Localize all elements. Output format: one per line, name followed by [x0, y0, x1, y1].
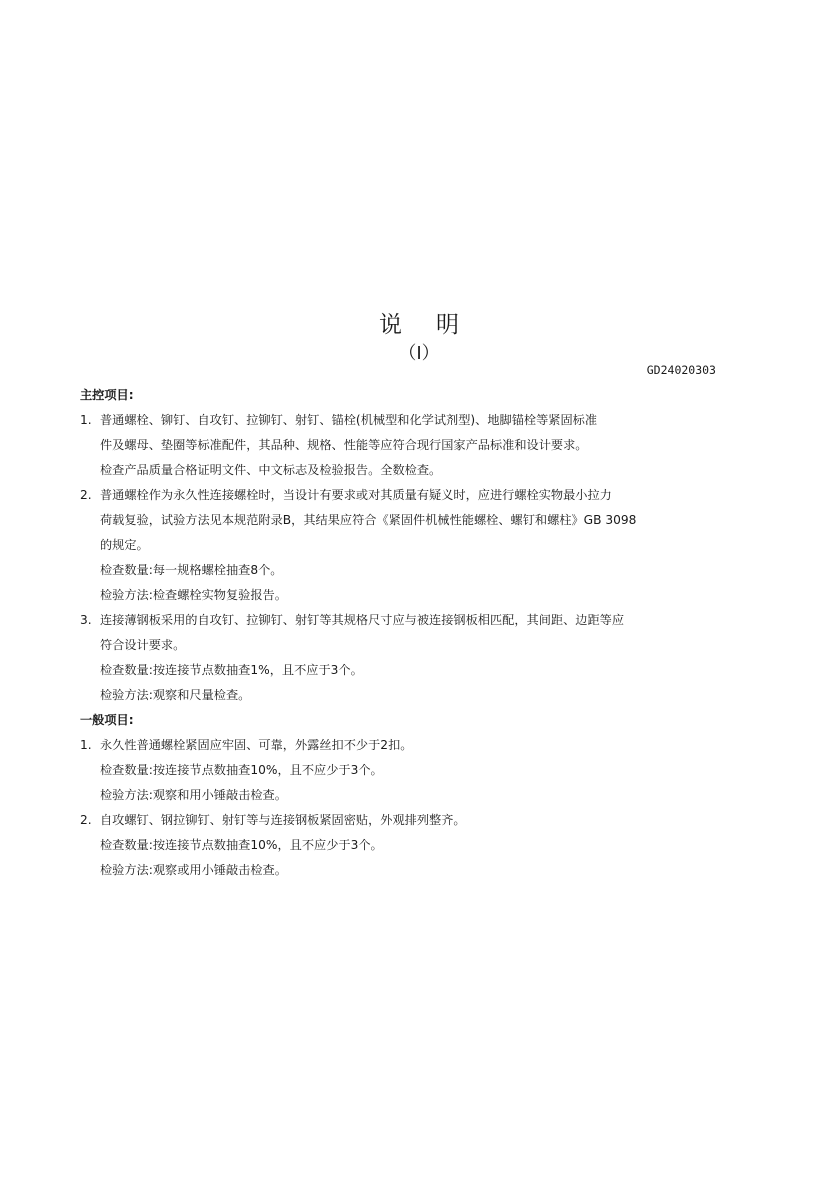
- item-number: 1.: [80, 408, 100, 433]
- inspection-method: 检验方法:观察和用小锤敲击检查。: [80, 783, 730, 808]
- list-item: 3.连接薄钢板采用的自攻钉、拉铆钉、射钉等其规格尺寸应与被连接钢板相匹配，其间距…: [80, 608, 730, 633]
- item-number: 3.: [80, 608, 100, 633]
- item-text: 普通螺栓、铆钉、自攻钉、拉铆钉、射钉、锚栓(机械型和化学试剂型)、地脚锚栓等紧固…: [100, 413, 597, 427]
- item-number: 1.: [80, 733, 100, 758]
- item-text: 普通螺栓作为永久性连接螺栓时，当设计有要求或对其质量有疑义时，应进行螺栓实物最小…: [100, 488, 612, 502]
- list-item: 2.自攻螺钉、钢拉铆钉、射钉等与连接钢板紧固密贴，外观排列整齐。: [80, 808, 730, 833]
- inspection-method: 检验方法:观察或用小锤敲击检查。: [80, 858, 730, 883]
- item-text-continued: 检查产品质量合格证明文件、中文标志及检验报告。全数检查。: [80, 458, 730, 483]
- list-item: 1.普通螺栓、铆钉、自攻钉、拉铆钉、射钉、锚栓(机械型和化学试剂型)、地脚锚栓等…: [80, 408, 730, 433]
- page-subtitle: （I）: [0, 339, 838, 365]
- inspection-quantity: 检查数量:按连接节点数抽查1%，且不应于3个。: [80, 658, 730, 683]
- item-text: 自攻螺钉、钢拉铆钉、射钉等与连接钢板紧固密贴，外观排列整齐。: [100, 813, 466, 827]
- item-number: 2.: [80, 808, 100, 833]
- title-char-left: 说: [379, 312, 402, 338]
- inspection-quantity: 检查数量:每一规格螺栓抽查8个。: [80, 558, 730, 583]
- list-item: 2.普通螺栓作为永久性连接螺栓时，当设计有要求或对其质量有疑义时，应进行螺栓实物…: [80, 483, 730, 508]
- item-text-continued: 荷载复验，试验方法见本规范附录B，其结果应符合《紧固件机械性能螺栓、螺钉和螺柱》…: [80, 508, 730, 533]
- inspection-quantity: 检查数量:按连接节点数抽查10%，且不应少于3个。: [80, 833, 730, 858]
- inspection-quantity: 检查数量:按连接节点数抽查10%，且不应少于3个。: [80, 758, 730, 783]
- item-text-continued: 的规定。: [80, 533, 730, 558]
- page-title: 说明: [0, 306, 838, 339]
- item-number: 2.: [80, 483, 100, 508]
- section-heading-general: 一般项目:: [80, 708, 730, 733]
- title-char-right: 明: [436, 312, 459, 338]
- inspection-method: 检验方法:观察和尺量检查。: [80, 683, 730, 708]
- item-text-continued: 件及螺母、垫圈等标准配件，其品种、规格、性能等应符合现行国家产品标准和设计要求。: [80, 433, 730, 458]
- item-text-continued: 符合设计要求。: [80, 633, 730, 658]
- inspection-method: 检验方法:检查螺栓实物复验报告。: [80, 583, 730, 608]
- section-heading-main-control: 主控项目:: [80, 383, 730, 408]
- item-text: 连接薄钢板采用的自攻钉、拉铆钉、射钉等其规格尺寸应与被连接钢板相匹配，其间距、边…: [100, 613, 624, 627]
- list-item: 1.永久性普通螺栓紧固应牢固、可靠，外露丝扣不少于2扣。: [80, 733, 730, 758]
- document-body: 主控项目: 1.普通螺栓、铆钉、自攻钉、拉铆钉、射钉、锚栓(机械型和化学试剂型)…: [80, 383, 730, 883]
- document-code: GD24020303: [647, 363, 716, 377]
- item-text: 永久性普通螺栓紧固应牢固、可靠，外露丝扣不少于2扣。: [100, 738, 412, 752]
